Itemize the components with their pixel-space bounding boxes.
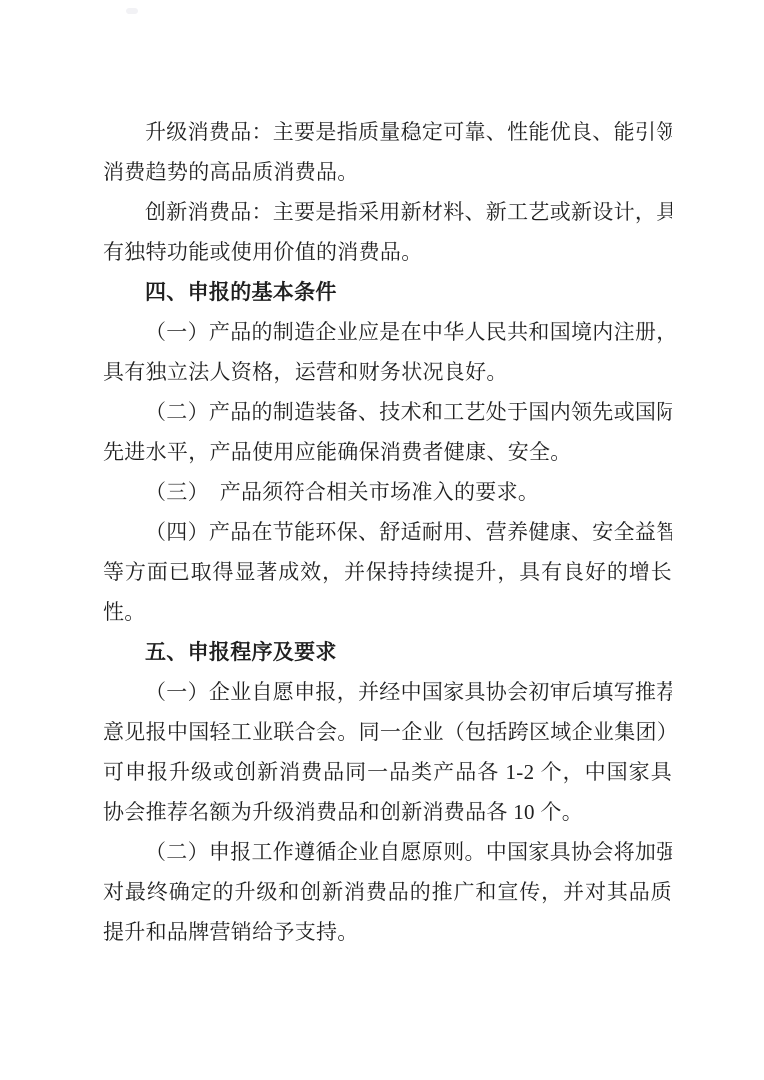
- para-upgrade-consumer-goods-definition: 升级消费品：主要是指质量稳定可靠、性能优良、能引领 消费趋势的高品质消费品。: [103, 112, 672, 192]
- text-line: （一）企业自愿申报，并经中国家具协会初审后填写推荐: [103, 672, 672, 712]
- document-body: 升级消费品：主要是指质量稳定可靠、性能优良、能引领 消费趋势的高品质消费品。 创…: [103, 112, 672, 952]
- para-innovative-consumer-goods-definition: 创新消费品：主要是指采用新材料、新工艺或新设计，具 有独特功能或使用价值的消费品…: [103, 192, 672, 272]
- clause-one-enterprise-registration: （一）产品的制造企业应是在中华人民共和国境内注册， 具有独立法人资格，运营和财务…: [103, 312, 672, 392]
- text-line: （二）申报工作遵循企业自愿原则。中国家具协会将加强: [103, 832, 672, 872]
- text-line: （三） 产品须符合相关市场准入的要求。: [103, 472, 672, 512]
- clause-three-market-access: （三） 产品须符合相关市场准入的要求。: [103, 472, 672, 512]
- clause-one-voluntary-application: （一）企业自愿申报，并经中国家具协会初审后填写推荐 意见报中国轻工业联合会。同一…: [103, 672, 672, 832]
- text-line: 提升和品牌营销给予支持。: [103, 912, 672, 952]
- text-line: 消费趋势的高品质消费品。: [103, 152, 672, 192]
- text-line: 等方面已取得显著成效，并保持持续提升，具有良好的增长: [103, 552, 672, 592]
- clause-four-product-performance: （四）产品在节能环保、舒适耐用、营养健康、安全益智 等方面已取得显著成效，并保持…: [103, 512, 672, 632]
- document-page: 升级消费品：主要是指质量稳定可靠、性能优良、能引领 消费趋势的高品质消费品。 创…: [0, 0, 764, 1080]
- text-line: 先进水平，产品使用应能确保消费者健康、安全。: [103, 432, 672, 472]
- clause-two-promotion-support: （二）申报工作遵循企业自愿原则。中国家具协会将加强 对最终确定的升级和创新消费品…: [103, 832, 672, 952]
- text-line: 协会推荐名额为升级消费品和创新消费品各 10 个。: [103, 792, 672, 832]
- heading-section-four-basic-conditions: 四、申报的基本条件: [103, 272, 672, 312]
- text-line: （一）产品的制造企业应是在中华人民共和国境内注册，: [103, 312, 672, 352]
- section-heading: 五、申报程序及要求: [103, 632, 672, 672]
- text-line: （二）产品的制造装备、技术和工艺处于国内领先或国际: [103, 392, 672, 432]
- text-line: 具有独立法人资格，运营和财务状况良好。: [103, 352, 672, 392]
- text-line: 有独特功能或使用价值的消费品。: [103, 232, 672, 272]
- text-line: 升级消费品：主要是指质量稳定可靠、性能优良、能引领: [103, 112, 672, 152]
- scan-artifact-mark: [126, 8, 138, 14]
- clause-two-equipment-technology: （二）产品的制造装备、技术和工艺处于国内领先或国际 先进水平，产品使用应能确保消…: [103, 392, 672, 472]
- section-heading: 四、申报的基本条件: [103, 272, 672, 312]
- heading-section-five-application-procedure: 五、申报程序及要求: [103, 632, 672, 672]
- text-line: （四）产品在节能环保、舒适耐用、营养健康、安全益智: [103, 512, 672, 552]
- text-line: 可申报升级或创新消费品同一品类产品各 1-2 个，中国家具: [103, 752, 672, 792]
- text-line: 性。: [103, 592, 672, 632]
- text-line: 创新消费品：主要是指采用新材料、新工艺或新设计，具: [103, 192, 672, 232]
- text-line: 对最终确定的升级和创新消费品的推广和宣传，并对其品质: [103, 872, 672, 912]
- text-line: 意见报中国轻工业联合会。同一企业（包括跨区域企业集团）: [103, 712, 672, 752]
